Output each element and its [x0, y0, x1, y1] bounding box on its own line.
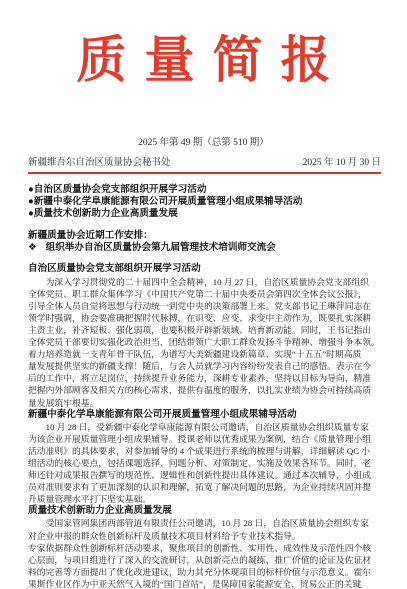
body-line: 领学时强调，协会要准确把握时代脉搏，在识变、应变、求变中主动作为，既要扎实深耕: [28, 312, 381, 324]
bulletin-page: 质量简报 2025 年第 49 期（总第 510 期） 新疆维吾尔自治区质量协会…: [0, 0, 407, 589]
article-heading: 新疆中泰化学阜康能源有限公司开展质量管理小组成果辅导活动: [28, 409, 381, 421]
body-line: 主责主业，补齐短板、强化弱项，也要积极开辟新领域、培育新动能。同时，王书记指出: [28, 324, 381, 336]
body-line: 升质量管理水平打下坚实基础。: [28, 493, 381, 505]
body-line: 料的完善等方面提出了优化改进建议，助力其充分体现项目的标杆价值与示范意义。霍尔: [28, 566, 381, 578]
agenda-item: ❖组织举办自治区质量协会第九届管理技术培训师交流会: [28, 242, 381, 254]
body-line: 为该企业开展质量管理小组成果辅导。授课老师以优秀成果为案例，结合《质量管理小组: [28, 433, 381, 445]
article-heading: 质量技术创新助力企业高质量发展: [28, 505, 381, 517]
body-line: 为深入学习贯彻党的二十届四中全会精神，10 月 27 日，自治区质量协会党支部组…: [28, 276, 381, 288]
publisher-row: 新疆维吾尔自治区质量协会秘书处 2025 年 10 月 30 日: [28, 157, 381, 174]
article-zhongtai-qc: 新疆中泰化学阜康能源有限公司开展质量管理小组成果辅导活动 10 月 28 日，受…: [28, 409, 381, 506]
body-line: 量发展筑牢根基。: [28, 397, 381, 409]
body-line: 对企业申报的群众性创新标杆及质量技术项目材料给予专业技术指导。: [28, 530, 381, 542]
article-body: 受国家管网集团西部管道有限责任公司邀请，10 月 28 日，自治区质量协会组织专…: [28, 517, 381, 589]
publisher-name: 新疆维吾尔自治区质量协会秘书处: [28, 157, 171, 169]
body-line: 把握内外部顾客及相关方的核心需求，提供有温度的服务，以扎实业绩为协会可持续高质: [28, 384, 381, 396]
body-line: 引导全体人员自觉将思想与行动统一到党中央的决策部署上来。党支部书记王琳萍同志在: [28, 300, 381, 312]
highlight-item: ●自治区质量协会党支部组织开展学习活动: [28, 184, 381, 196]
body-line: 员对准则要求有了更加深刻的认识和理解，拓宽了解决问题的思路，为企业持续巩固并提: [28, 481, 381, 493]
body-line: 师还针对成果报告撰写的规范性、逻辑性和创新性提出具体建议。通过本次辅导，小组成: [28, 469, 381, 481]
agenda-section: 新疆质量协会近期工作安排： ❖组织举办自治区质量协会第九届管理技术培训师交流会: [28, 230, 381, 254]
issue-number: 2025 年第 49 期（总第 510 期）: [0, 137, 407, 149]
body-line: 着力培养造就一支青年骨干队伍，为谱写大美新疆建设新篇章、实现“十五五”时期高质: [28, 348, 381, 360]
body-line: 10 月 28 日，受新疆中泰化学阜康能源有限公司邀请，自治区质量协会组织质量专…: [28, 421, 381, 433]
body-line: 果斯作业区作为中亚天然气入境的“国门首站”，是保障国家能源安全、贸易公正的关键: [28, 578, 381, 589]
article-heading: 自治区质量协会党支部组织开展学习活动: [28, 263, 381, 275]
article-body: 为深入学习贯彻党的二十届四中全会精神，10 月 27 日，自治区质量协会党支部组…: [28, 276, 381, 409]
body-line: 活动准则》的具体要求，对参加辅导的 4 个成果进行系统的梳理与讲解，详细解读 Q…: [28, 445, 381, 457]
issue-date: 2025 年 10 月 30 日: [303, 157, 381, 169]
body-line: 后的工作中，将立足岗位，持续提升业务能力，深耕专业素养，坚持以目标为导向，精准: [28, 372, 381, 384]
highlight-item: ●新疆中泰化学阜康能源有限公司开展质量管理小组成果辅导活动: [28, 196, 381, 208]
article-party-study: 自治区质量协会党支部组织开展学习活动 为深入学习贯彻党的二十届四中全会精神，10…: [28, 263, 381, 408]
body-line: 全体党员干部要切实强化政治担当，团结带领广大职工群众发扬斗争精神、增强斗争本领。: [28, 336, 381, 348]
agenda-item-text: 组织举办自治区质量协会第九届管理技术培训师交流会: [46, 242, 276, 253]
article-tech-innovation: 质量技术创新助力企业高质量发展 受国家管网集团西部管道有限责任公司邀请，10 月…: [28, 505, 381, 589]
diamond-bullet-icon: ❖: [28, 242, 37, 254]
highlight-item: ●质量技术创新助力企业高质量发展: [28, 208, 381, 220]
body-line: 心层面，与项目组进行了深入的交流研讨，从创新亮点的凝练、推广价值的论证及佐证材: [28, 554, 381, 566]
highlights-list: ●自治区质量协会党支部组织开展学习活动●新疆中泰化学阜康能源有限公司开展质量管理…: [28, 184, 381, 220]
body-line: 量发展提供坚实的新疆支撑！随后，与会人员就学习内容纷纷发表自己的感悟。表示在今: [28, 360, 381, 372]
agenda-heading: 新疆质量协会近期工作安排：: [28, 230, 381, 242]
article-body: 10 月 28 日，受新疆中泰化学阜康能源有限公司邀请，自治区质量协会组织质量专…: [28, 421, 381, 506]
body-line: 全体党员、职工群众集体学习《中国共产党第二十届中央委员会第四次全体会议公报》，: [28, 288, 381, 300]
bulletin-title: 质量简报: [0, 0, 407, 95]
body-line: 组活动的核心要点，包括课题选择、问题分析、对策制定、实施及效果各环节。同时，老: [28, 457, 381, 469]
articles: 自治区质量协会党支部组织开展学习活动 为深入学习贯彻党的二十届四中全会精神，10…: [28, 263, 381, 589]
body-line: 受国家管网集团西部管道有限责任公司邀请，10 月 28 日，自治区质量协会组织专…: [28, 517, 381, 529]
body-line: 专家依据群众性创新标杆活动要求，聚焦项目的创新性、实用性、成效性及示范性四个核: [28, 542, 381, 554]
